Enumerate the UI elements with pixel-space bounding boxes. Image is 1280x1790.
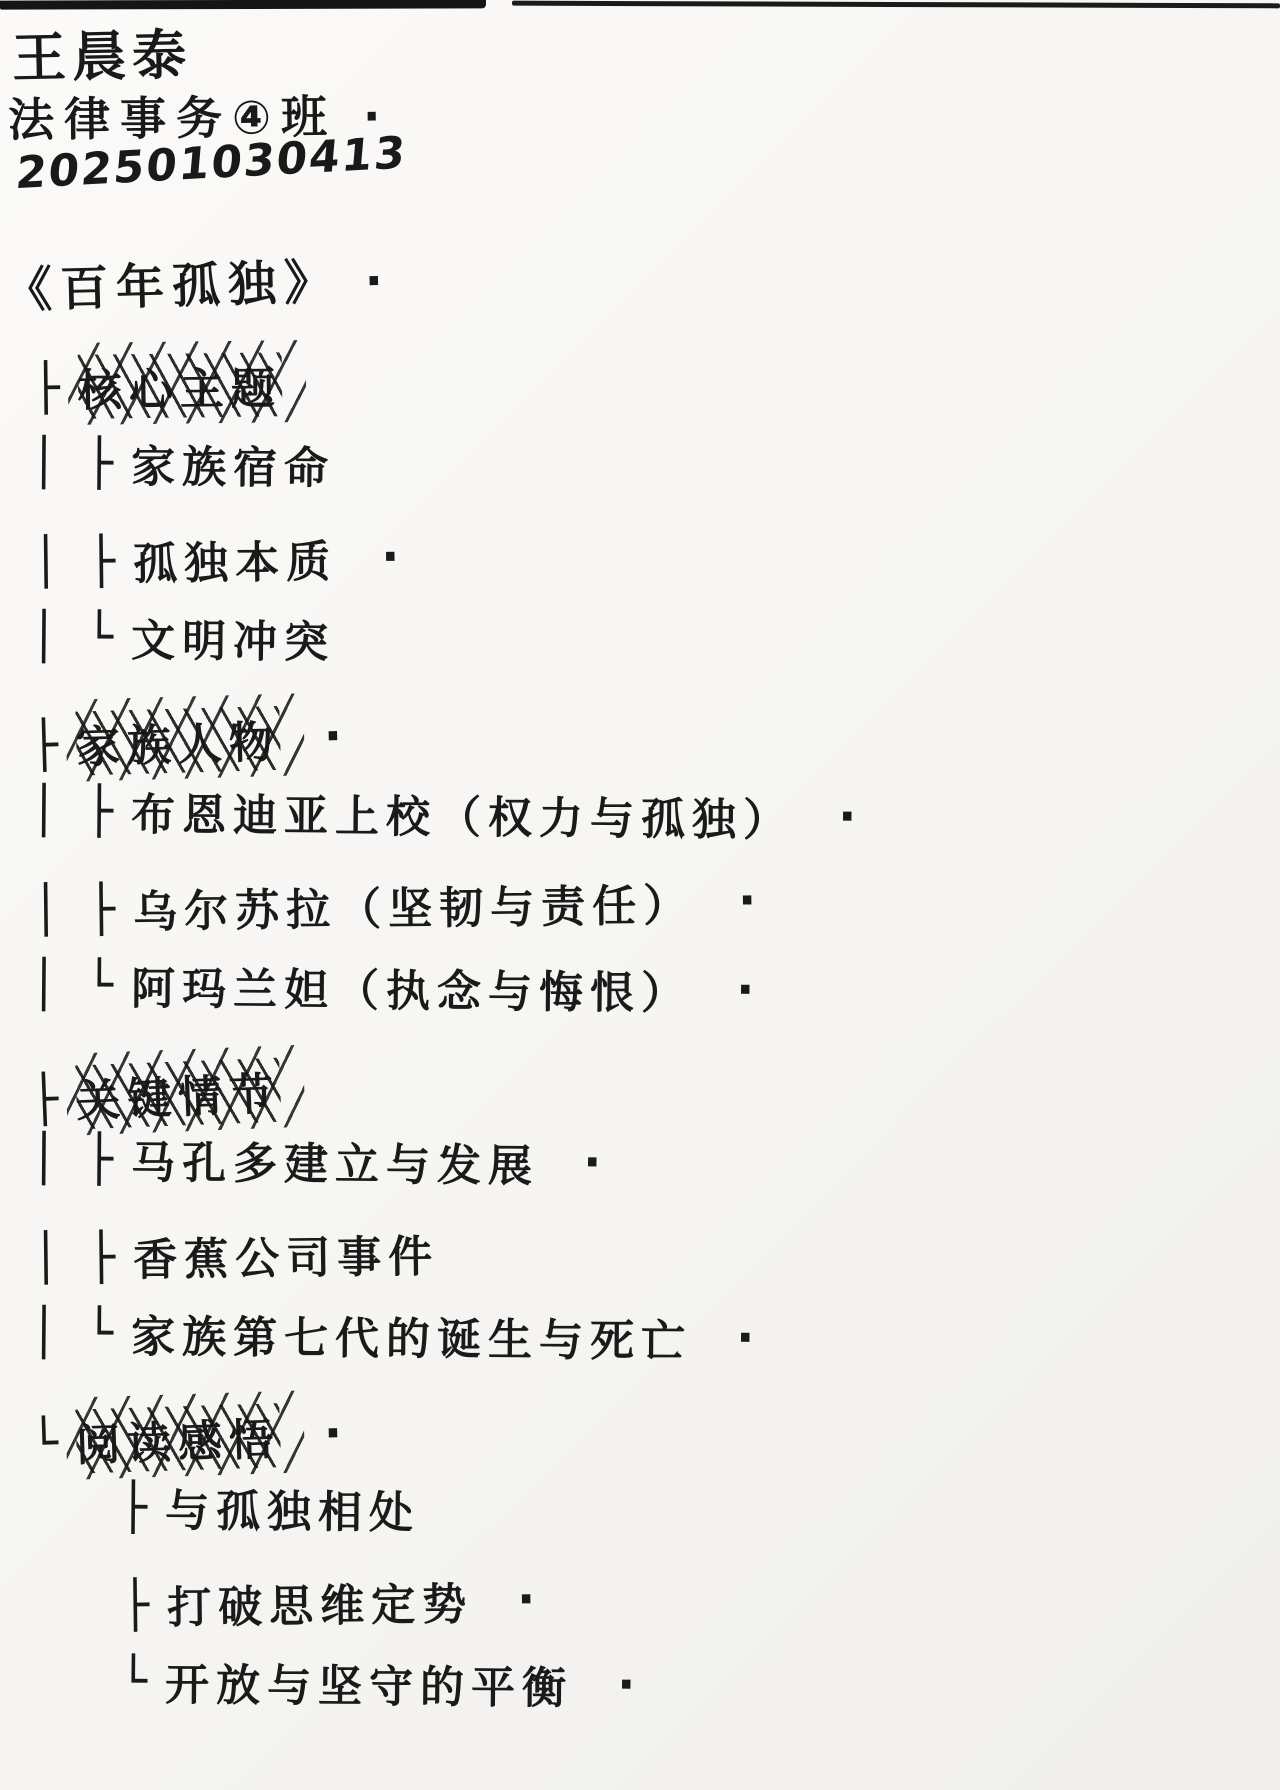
photo-edge-segment <box>0 0 486 10</box>
tree-connector: │ ├ <box>32 1229 116 1284</box>
tree-connector: │ └ <box>30 1304 114 1359</box>
tree-item-label: 家族第七代的诞生与死亡 <box>131 1300 693 1369</box>
tree-item-label: 打破思维定势 <box>167 1568 474 1636</box>
tree-connector: │ ├ <box>30 434 114 489</box>
tree-item-label: 家族人物 <box>75 705 281 775</box>
ink-dot: · <box>517 1571 536 1627</box>
tree-connector: │ └ <box>30 608 114 663</box>
tree-item-label: 马孔多建立与发展 <box>131 1126 540 1194</box>
ink-dot: · <box>617 1656 636 1712</box>
tree-connector: ├ <box>32 360 60 414</box>
photo-edge-segment <box>512 1 1280 9</box>
ink-dot: · <box>323 708 343 764</box>
tree-item-label: 乌尔苏拉（坚韧与责任） <box>133 869 695 940</box>
ink-dot: · <box>323 1405 343 1462</box>
tree-connector: ├ <box>29 717 58 772</box>
tree-item: │ ├乌尔苏拉（坚韧与责任）· <box>32 851 1243 953</box>
tree-item: ├核心主题 <box>32 329 1243 431</box>
tree-item: ├打破思维定势· <box>66 1547 1243 1648</box>
tree-connector: ├ <box>64 1478 148 1533</box>
tree-connector: │ ├ <box>30 1130 114 1185</box>
tree-connector: │ ├ <box>32 881 116 936</box>
ink-dot: · <box>736 961 755 1017</box>
tree-item-label: 文明冲突 <box>131 604 336 670</box>
tree-item-label: 核心主题 <box>77 352 282 418</box>
tree-connector: │ ├ <box>32 533 116 588</box>
tree-connector: └ <box>29 1415 58 1470</box>
tree-connector: │ ├ <box>30 782 114 837</box>
tree-item: │ ├布恩迪亚上校（权力与孤独）· <box>30 766 1241 864</box>
outline-tree: ├核心主题│ ├家族宿命│ ├孤独本质·│ └文明冲突├家族人物·│ ├布恩迪亚… <box>30 336 1240 1728</box>
tree-item-label: 家族宿命 <box>131 430 336 496</box>
photo-top-edge <box>0 0 1280 12</box>
tree-item: └开放与坚守的平衡· <box>64 1636 1241 1733</box>
tree-item-label: 与孤独相处 <box>165 1474 421 1540</box>
tree-item: ├与孤独相处 <box>64 1462 1241 1559</box>
ink-dot: · <box>838 788 857 844</box>
tree-item: │ ├马孔多建立与发展· <box>30 1114 1241 1212</box>
tree-item-label: 孤独本质 <box>133 525 338 591</box>
ink-dot: · <box>583 1134 602 1190</box>
book-title: 《百年孤独》 · <box>3 242 392 321</box>
ink-dot: · <box>381 528 400 584</box>
tree-item: │ ├孤独本质· <box>32 503 1243 605</box>
tree-item-label: 布恩迪亚上校（权力与孤独） <box>131 778 795 848</box>
tree-item: │ ├香蕉公司事件 <box>32 1199 1243 1301</box>
student-name: 王晨泰 <box>11 12 193 93</box>
tree-item-label: 阿玛兰妲（执念与悔恨） <box>131 952 693 1021</box>
tree-connector: └ <box>64 1652 148 1707</box>
tree-connector: ├ <box>66 1577 150 1632</box>
tree-item-label: 开放与坚守的平衡 <box>165 1648 574 1716</box>
ink-dot: · <box>738 872 757 928</box>
tree-item-label: 香蕉公司事件 <box>133 1220 440 1288</box>
handwritten-notes-page: 王晨泰 法律事务④班 · 202501030413 《百年孤独》 · ├核心主题… <box>0 0 1280 1790</box>
tree-connector: │ └ <box>30 956 114 1011</box>
ink-dot: · <box>736 1309 755 1365</box>
tree-item: │ ├家族宿命 <box>30 418 1241 516</box>
